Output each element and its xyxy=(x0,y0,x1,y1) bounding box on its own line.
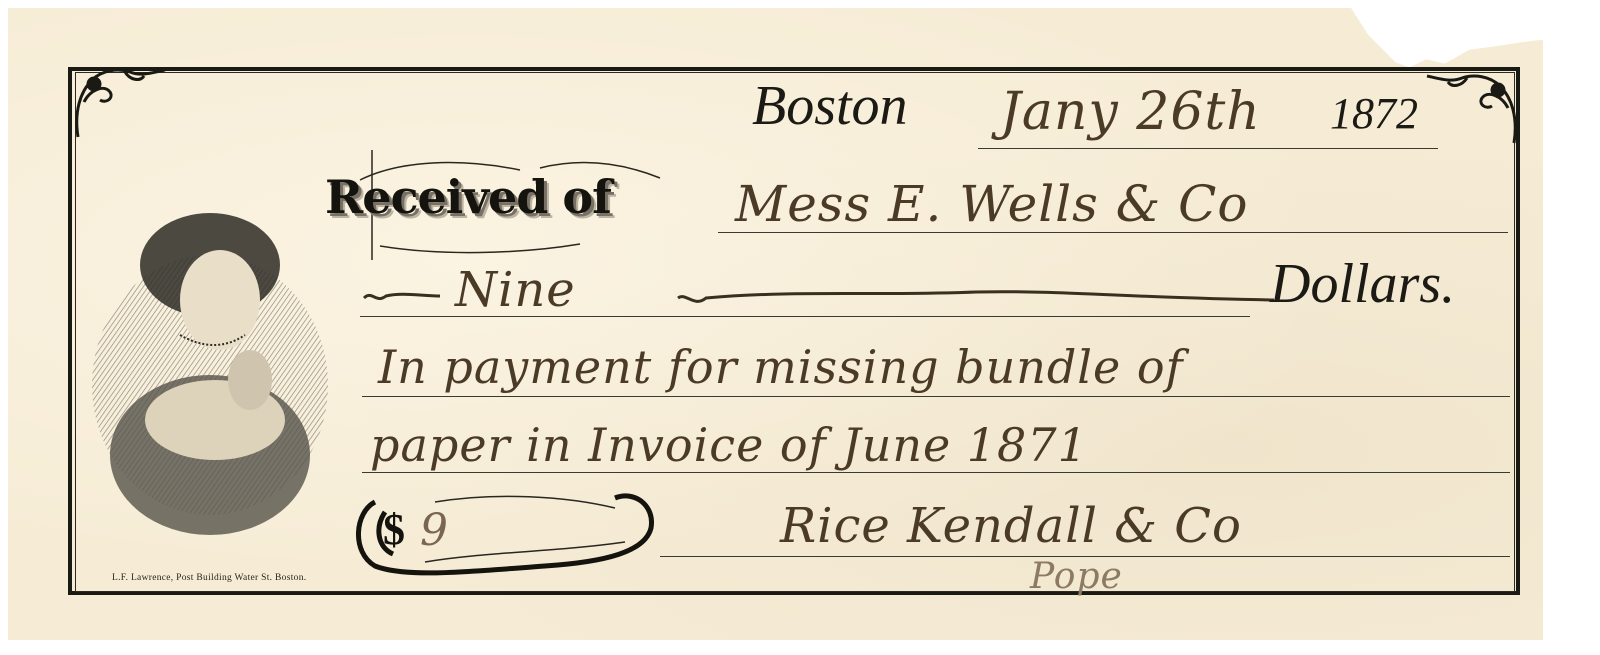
signature-subscript: Pope xyxy=(1030,556,1123,597)
portrait-vignette-icon xyxy=(85,195,335,535)
memo-line-2 xyxy=(362,472,1510,473)
dollar-cartouche-icon: $ xyxy=(345,482,665,582)
city-label: Boston xyxy=(752,74,908,138)
memo-line-1 xyxy=(362,396,1510,397)
corner-ornament-icon xyxy=(70,62,170,142)
corner-ornament-icon xyxy=(1422,68,1522,148)
payer-field: Mess E. Wells & Co xyxy=(735,175,1248,233)
signature: Rice Kendall & Co xyxy=(780,498,1242,554)
amount-flourish-right xyxy=(676,288,1276,312)
svg-text:$: $ xyxy=(383,505,405,554)
year-field: 1872 xyxy=(1330,88,1418,139)
date-line xyxy=(978,148,1438,149)
dollars-label: Dollars. xyxy=(1270,252,1455,316)
memo-line-1-text: In payment for missing bundle of xyxy=(378,340,1184,394)
amount-in-words: Nine xyxy=(455,262,576,318)
amount-flourish-left xyxy=(362,288,442,308)
memo-line-2-text: paper in Invoice of June 1871 xyxy=(370,418,1088,472)
amount-figure: 9 xyxy=(420,505,449,556)
received-of-label: Received of xyxy=(325,170,611,224)
date-field: Jany 26th xyxy=(1000,82,1261,142)
printer-imprint: L.F. Lawrence, Post Building Water St. B… xyxy=(112,573,306,583)
